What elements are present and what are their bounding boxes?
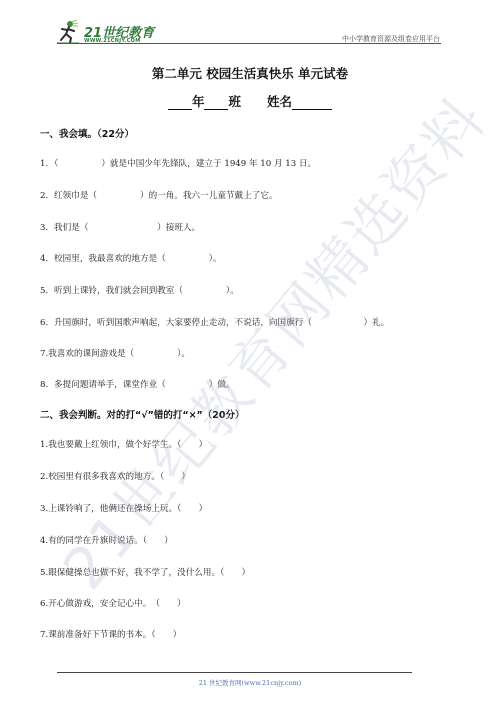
footer-text: 21 世纪教育网(www.21cnjy.com): [0, 678, 500, 687]
fill-question-1: 1．（ ）就是中国少年先锋队，建立于 1949 年 10 月 13 日。: [40, 157, 316, 169]
class-label: 班: [228, 94, 241, 109]
fill-question-8: 8．多提问题请举手，课堂作业（ ）做。: [40, 378, 235, 390]
grade-label: 年: [192, 94, 205, 109]
footer-divider: [57, 672, 412, 673]
page-title: 第二单元 校园生活真快乐 单元试卷: [0, 64, 500, 82]
name-blank[interactable]: [292, 97, 332, 110]
name-label: 姓名: [267, 94, 292, 109]
class-blank[interactable]: [204, 97, 228, 110]
fill-question-5: 5．听到上课铃，我们就会回到教室（ ）。: [40, 284, 239, 296]
fill-question-7: 7.我喜欢的课间游戏是（ ）。: [40, 347, 190, 359]
judge-question-7: 7.课前准备好下节课的书本。（ ）: [40, 628, 181, 640]
runner-logo-icon: [57, 20, 79, 44]
student-info-line: 年班姓名: [0, 92, 500, 110]
fill-question-3: 3．我们是（ ）接班人。: [40, 221, 200, 233]
section-2-heading: 二、我会判断。对的打“√”错的打“×”（20分）: [40, 407, 245, 421]
header-platform-text: 中小学教育资源及组卷应用平台: [342, 34, 440, 44]
judge-question-2: 2.校园里有很多我喜欢的地方。（ ）: [40, 470, 190, 482]
grade-blank[interactable]: [168, 97, 192, 110]
fill-question-2: 2．红领巾是（ ）的一角。我六一儿童节戴上了它。: [40, 189, 278, 201]
section-1-heading: 一、我会填。（22分）: [40, 126, 134, 140]
fill-question-4: 4．校园里，我最喜欢的地方是（ ）。: [40, 252, 222, 264]
judge-question-3: 3.上课铃响了，他俩还在操场上玩。（ ）: [40, 502, 207, 514]
watermark-text: 21世纪教育网精选资料: [40, 77, 500, 604]
judge-question-6: 6.开心做游戏，安全记心中。 （ ）: [40, 597, 186, 609]
judge-question-4: 4.有的同学在升旗时说话。（ ）: [40, 534, 173, 546]
fill-question-6: 6．升国旗时，听到国歌声响起，大家要停止走动，不说话，向国旗行（ ）礼。: [40, 316, 389, 328]
judge-question-5: 5.眼保健操总也做不好，我不学了，没什么用。（ ）: [40, 566, 250, 578]
judge-question-1: 1.我也要戴上红领巾，做个好学生。（ ）: [40, 438, 207, 450]
